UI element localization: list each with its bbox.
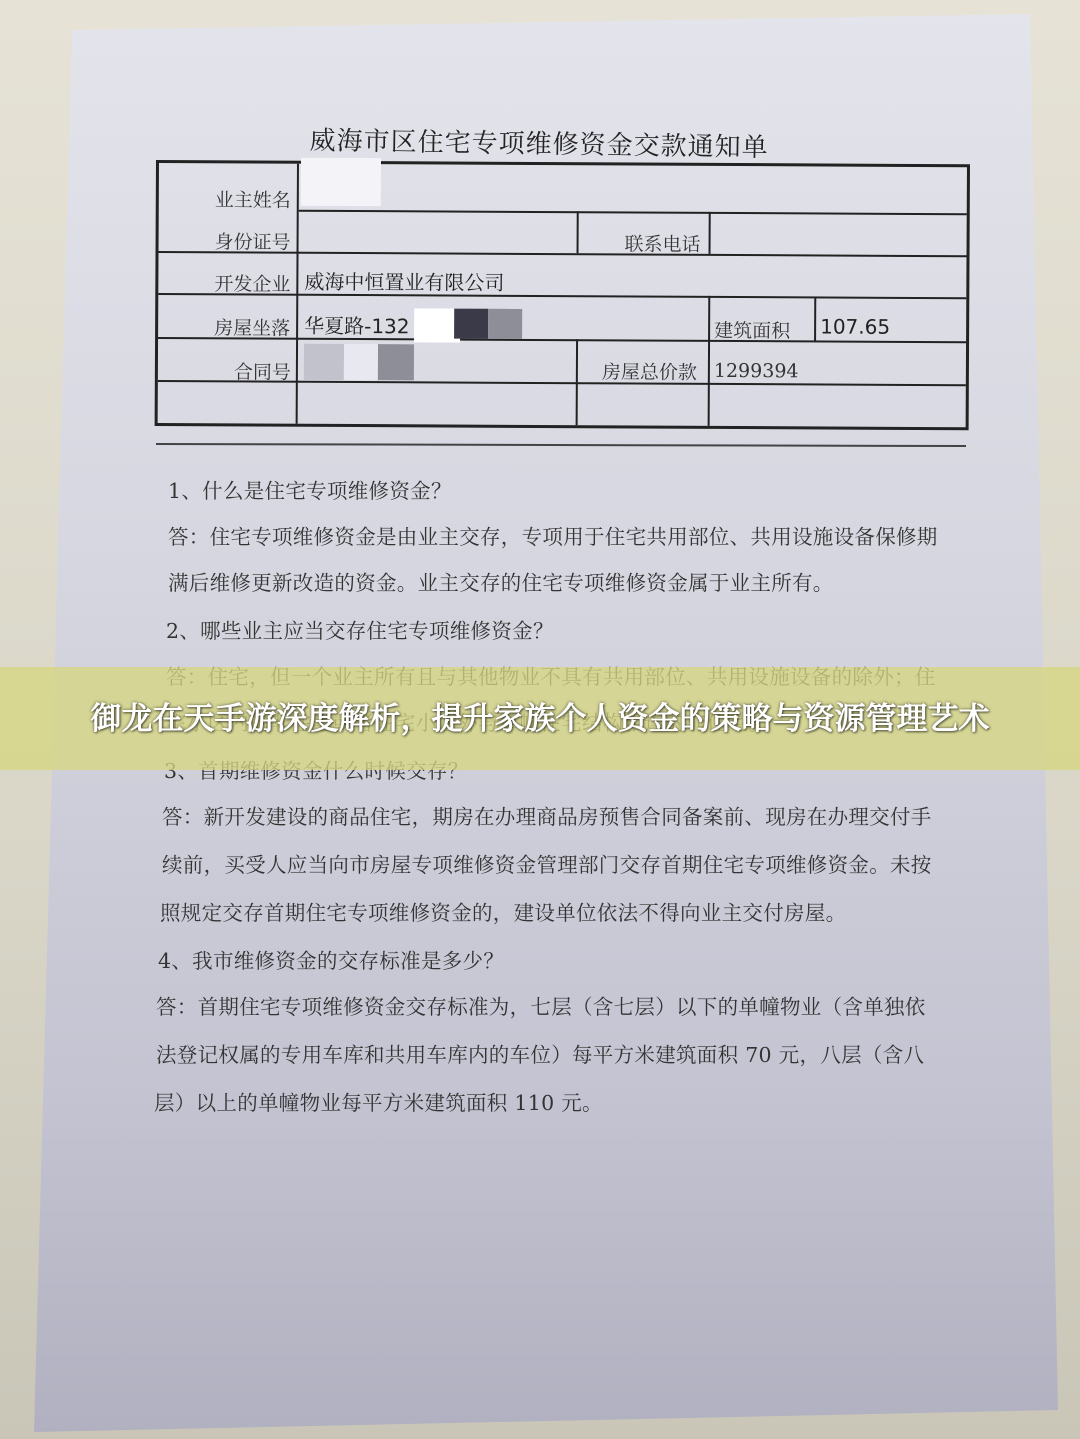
developer-value: 威海中恒置业有限公司 — [304, 266, 504, 296]
location-value: 华夏路-132 — [304, 310, 410, 340]
col-divider — [577, 211, 579, 253]
developer-label: 开发企业 — [214, 269, 290, 296]
redaction-block — [378, 344, 414, 380]
faq-answer-3-line-1: 答：新开发建设的商品住宅，期房在办理商品房预售合同备案前、现房在办理交付手 — [162, 800, 962, 830]
id-number-label: 身份证号 — [215, 227, 291, 254]
redaction-block — [488, 309, 522, 339]
headline-banner: 御龙在天手游深度解析，提升家族个人资金的策略与资源管理艺术 — [0, 667, 1080, 770]
payment-form-table: 业主姓名 身份证号 联系电话 开发企业 威海中恒置业有限公司 房屋坐落 华夏路-… — [155, 160, 970, 430]
redaction-block — [454, 309, 488, 339]
row-divider — [299, 210, 967, 215]
faq-answer-1-line-1: 答：住宅专项维修资金是由业主交存，专项用于住宅共用部位、共用设施设备保修期 — [168, 520, 968, 550]
redaction-block — [301, 158, 381, 206]
faq-question-2: 2、哪些业主应当交存住宅专项维修资金？ — [166, 614, 966, 644]
total-price-value: 1299394 — [714, 360, 799, 382]
phone-label: 联系电话 — [625, 229, 701, 256]
faq-answer-4-line-1: 答：首期住宅专项维修资金交存标准为，七层（含七层）以下的单幢物业（含单独依 — [156, 990, 956, 1020]
faq-question-1: 1、什么是住宅专项维修资金？ — [168, 474, 968, 504]
col-divider — [814, 296, 816, 340]
area-label: 建筑面积 — [714, 316, 790, 343]
faq-answer-3-line-2: 续前，买受人应当向市房屋专项维修资金管理部门交存首期住宅专项维修资金。未按 — [162, 848, 962, 878]
owner-name-label: 业主姓名 — [215, 185, 291, 212]
faq-answer-4-line-3: 层）以上的单幢物业每平方米建筑面积 110 元。 — [154, 1086, 954, 1116]
col-divider — [709, 212, 711, 254]
headline-text: 御龙在天手游深度解析，提升家族个人资金的策略与资源管理艺术 — [50, 699, 1030, 739]
faq-answer-4-line-2: 法登记权属的专用车库和共用车库内的车位）每平方米建筑面积 70 元，八层（含八 — [156, 1038, 956, 1068]
redaction-block — [304, 344, 344, 380]
faq-question-4: 4、我市维修资金的交存标准是多少？ — [158, 944, 958, 974]
faq-answer-1-line-2: 满后维修更新改造的资金。业主交存的住宅专项维修资金属于业主所有。 — [168, 566, 968, 596]
location-label: 房屋坐落 — [214, 313, 290, 340]
contract-label: 合同号 — [234, 357, 291, 384]
area-value: 107.65 — [820, 314, 890, 338]
total-price-label: 房屋总价款 — [602, 357, 697, 384]
faq-answer-3-line-3: 照规定交存首期住宅专项维修资金的，建设单位依法不得向业主交付房屋。 — [160, 896, 960, 926]
redaction-block — [344, 344, 378, 380]
col-divider — [576, 339, 578, 425]
col-divider — [708, 296, 711, 426]
